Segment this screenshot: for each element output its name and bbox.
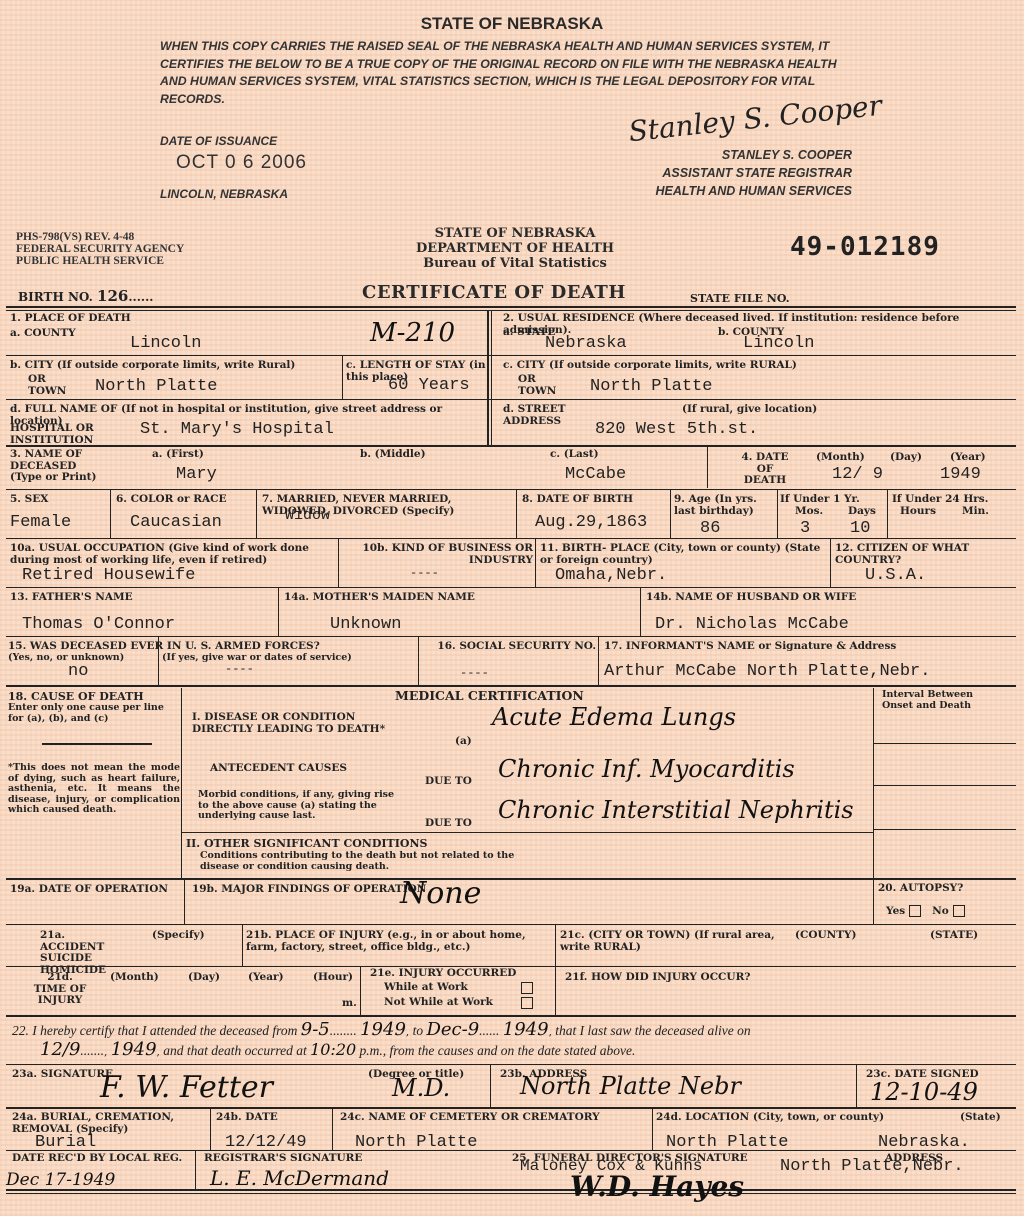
injury-hour-label: (Hour) — [313, 972, 353, 984]
burial-date-label: 24b. DATE — [216, 1112, 278, 1124]
dod-day-label: (Day) — [890, 452, 922, 464]
dod-month-label: (Month) — [816, 452, 865, 464]
divider — [873, 688, 874, 878]
mos-label: Mos. — [795, 506, 823, 518]
armed-sub1: (Yes, no, or unknown) — [8, 653, 124, 664]
death-county-value: Lincoln — [130, 334, 201, 353]
divider — [6, 1189, 1016, 1191]
father-label: 13. FATHER'S NAME — [10, 592, 133, 604]
days-value: 10 — [850, 519, 870, 538]
under24-label: If Under 24 Hrs. — [892, 494, 988, 506]
injury-year-label: (Year) — [248, 972, 284, 984]
birthplace-value: Omaha,Nebr. — [555, 566, 667, 585]
days-label: Days — [848, 506, 876, 518]
divider — [6, 445, 1016, 447]
cause-b-value: Chronic Inf. Myocarditis — [498, 755, 795, 783]
injury-day-label: (Day) — [188, 972, 220, 984]
citizen-value: U.S.A. — [865, 566, 926, 585]
divider — [535, 539, 536, 587]
divider — [777, 490, 778, 538]
registrar-title: ASSISTANT STATE REGISTRAR — [620, 164, 852, 182]
divider — [110, 490, 111, 538]
under1-label: If Under 1 Yr. — [780, 494, 860, 506]
divider — [210, 1108, 211, 1150]
divider — [490, 1065, 491, 1107]
father-value: Thomas O'Connor — [22, 615, 175, 634]
dob-value: Aug.29,1863 — [535, 513, 647, 532]
min-label: Min. — [962, 506, 989, 518]
registrar-sig-label: REGISTRAR'S SIGNATURE — [204, 1153, 362, 1165]
cert-to-year: 1949 — [503, 1019, 549, 1040]
dod-month-day: 12/ 9 — [832, 465, 883, 484]
autopsy-yes-checkbox[interactable] — [909, 905, 921, 917]
res-street-value: 820 West 5th.st. — [595, 420, 758, 439]
cause-a-prefix: (a) — [455, 736, 472, 748]
dept-bureau: Bureau of Vital Statistics — [320, 256, 710, 271]
date-signed-value: 12-10-49 — [870, 1078, 978, 1106]
divider — [598, 637, 599, 685]
location-label: 24d. LOCATION (City, town, or county) — [656, 1112, 884, 1124]
divider — [342, 356, 343, 399]
issuance-city: LINCOLN, NEBRASKA — [160, 187, 288, 201]
state-title: STATE OF NEBRASKA — [0, 14, 1024, 34]
res-city-sub: OR TOWN — [518, 374, 558, 397]
race-value: Caucasian — [130, 513, 222, 532]
last-name-value: McCabe — [565, 465, 626, 484]
birth-no-value: 126 — [97, 287, 128, 305]
registrar-sig-value: L. E. McDermand — [210, 1166, 389, 1190]
divider — [242, 925, 243, 967]
divider — [6, 306, 1016, 308]
funeral-director-signature: W.D. Hayes — [570, 1170, 744, 1203]
dob-label: 8. DATE OF BIRTH — [522, 494, 633, 506]
injury-time-label: 21d. TIME OF INJURY — [30, 972, 90, 1007]
last-name-label: c. (Last) — [550, 449, 599, 461]
funeral-address-value: North Platte,Nebr. — [780, 1157, 964, 1176]
due-to-b-label: DUE TO — [425, 776, 472, 788]
cert-text-4: p.m., from the causes and on the date st… — [360, 1043, 636, 1058]
divider — [6, 310, 1016, 311]
location-value: North Platte — [666, 1133, 788, 1152]
due-to-c-label: DUE TO — [425, 818, 472, 830]
divider — [6, 587, 1016, 588]
at-work-checkbox[interactable] — [521, 982, 533, 994]
dept-name: DEPARTMENT OF HEALTH — [320, 241, 710, 256]
autopsy-no-label: No — [932, 905, 949, 917]
dod-year: 1949 — [940, 465, 981, 484]
injury-month-label: (Month) — [110, 972, 159, 984]
first-name-value: Mary — [176, 465, 217, 484]
registrar-block: STANLEY S. COOPER ASSISTANT STATE REGIST… — [620, 146, 852, 200]
burial-date-value: 12/12/49 — [225, 1133, 307, 1152]
divider — [181, 832, 873, 833]
morbid-note: Morbid conditions, if any, giving rise t… — [198, 790, 398, 822]
divider — [830, 539, 831, 587]
antecedent-label: ANTECEDENT CAUSES — [210, 763, 347, 775]
location-state-value: Nebraska. — [878, 1133, 970, 1152]
institution-sub: HOSPITAL OR INSTITUTION — [10, 423, 140, 446]
place-of-death-heading: 1. PLACE OF DEATH — [10, 313, 131, 325]
business-value: ---- — [410, 566, 439, 580]
cert-from-date: 9-5 — [301, 1019, 330, 1040]
other-conditions-label: II. OTHER SIGNIFICANT CONDITIONS — [186, 838, 427, 850]
registrar-dept: HEALTH AND HUMAN SERVICES — [620, 182, 852, 200]
institution-value: St. Mary's Hospital — [140, 420, 334, 439]
armed-label: 15. WAS DECEASED EVER IN U. S. ARMED FOR… — [8, 641, 320, 653]
divider — [195, 1151, 196, 1189]
middle-name-label: b. (Middle) — [360, 449, 426, 461]
disease-label: I. DISEASE OR CONDITION DIRECTLY LEADING… — [192, 712, 412, 735]
certificate-title: CERTIFICATE OF DEATH — [362, 282, 626, 303]
divider — [652, 1108, 653, 1150]
cert-text-3: and that death occurred at — [163, 1043, 306, 1058]
autopsy-options: Yes No — [886, 905, 965, 918]
age-value: 86 — [700, 519, 720, 538]
cert-death-time: 10:20 — [310, 1040, 356, 1059]
divider — [338, 539, 339, 587]
cert-text-1: 22. I hereby certify that I attended the… — [12, 1023, 297, 1038]
divider — [6, 1015, 1016, 1017]
recd-label: DATE REC'D BY LOCAL REG. — [12, 1153, 187, 1165]
death-city-label: b. CITY (If outside corporate limits, wr… — [10, 360, 340, 372]
birth-number: BIRTH NO. 126...... — [18, 287, 153, 305]
divider — [278, 588, 279, 636]
divider — [555, 925, 556, 1015]
injury-county-label: (COUNTY) — [795, 930, 857, 942]
recd-value: Dec 17-1949 — [6, 1170, 115, 1190]
not-at-work-checkbox[interactable] — [521, 997, 533, 1009]
other-conditions-note: Conditions contributing to the death but… — [200, 851, 530, 872]
divider — [6, 878, 1016, 880]
business-label: 10b. KIND OF BUSINESS OR INDUSTRY — [343, 543, 533, 566]
location-state-label: (State) — [960, 1112, 1001, 1124]
birth-no-label: BIRTH NO. — [18, 290, 93, 304]
divider — [6, 489, 1016, 490]
sex-value: Female — [10, 513, 71, 532]
medical-heading: MEDICAL CERTIFICATION — [395, 690, 584, 702]
registrar-name: STANLEY S. COOPER — [620, 146, 852, 164]
state-file-label: STATE FILE NO. — [690, 292, 790, 305]
stay-value: 60 Years — [388, 376, 470, 395]
physician-signature: F. W. Fetter — [100, 1070, 273, 1105]
divider — [184, 879, 185, 924]
department-block: STATE OF NEBRASKA DEPARTMENT OF HEALTH B… — [320, 226, 710, 271]
cert-from-year: 1949 — [360, 1019, 406, 1040]
armed-value: no — [68, 662, 88, 681]
at-work-label: While at Work — [384, 981, 468, 993]
cause-label: 18. CAUSE OF DEATH — [8, 691, 144, 703]
divider — [332, 1108, 333, 1150]
cause-rule — [42, 743, 152, 745]
findings-value: None — [400, 876, 481, 911]
divider — [6, 399, 1016, 400]
spouse-value: Dr. Nicholas McCabe — [655, 615, 849, 634]
burial-method-value: Burial — [35, 1133, 96, 1152]
divider — [360, 967, 361, 1015]
res-state-value: Nebraska — [545, 334, 627, 353]
armed-dates-value: ---- — [225, 662, 254, 676]
cert-last-seen-year: 1949 — [111, 1039, 157, 1060]
divider — [6, 1193, 1016, 1194]
divider — [856, 1065, 857, 1107]
res-county-value: Lincoln — [743, 334, 814, 353]
injury-m-label: m. — [342, 998, 357, 1010]
autopsy-yes-label: Yes — [886, 905, 905, 917]
divider — [670, 490, 671, 538]
issuance-label: DATE OF ISSUANCE — [160, 134, 277, 148]
dept-state: STATE OF NEBRASKA — [320, 226, 710, 241]
mother-label: 14a. MOTHER'S MAIDEN NAME — [284, 592, 475, 604]
divider — [873, 743, 1016, 744]
cert-to-date: Dec-9 — [426, 1019, 479, 1040]
burial-method-label: 24a. BURIAL, CREMATION, REMOVAL (Specify… — [12, 1112, 207, 1135]
divider — [887, 490, 888, 538]
op-date-label: 19a. DATE OF OPERATION — [10, 884, 180, 896]
race-label: 6. COLOR or RACE — [116, 494, 226, 506]
death-annotation: M-210 — [370, 318, 455, 348]
citizen-label: 12. CITIZEN OF WHAT COUNTRY? — [835, 543, 1010, 566]
signature-label: 23a. SIGNATURE — [12, 1069, 113, 1081]
accident-specify-label: (Specify) — [152, 930, 205, 942]
form-number: PHS-798(VS) REV. 4-48 — [16, 231, 184, 243]
birthplace-label: 11. BIRTH- PLACE (City, town or county) … — [540, 543, 830, 566]
divider — [707, 446, 708, 488]
divider — [6, 1107, 1016, 1109]
physician-statement-line1: 22. I hereby certify that I attended the… — [12, 1024, 1012, 1039]
spouse-label: 14b. NAME OF HUSBAND OR WIFE — [646, 592, 856, 604]
ssn-label: 16. SOCIAL SECURITY NO. — [424, 641, 596, 653]
res-street-label: d. STREET ADDRESS — [503, 404, 583, 427]
cemetery-label: 24c. NAME OF CEMETERY OR CREMATORY — [340, 1112, 600, 1124]
occupation-label: 10a. USUAL OCCUPATION (Give kind of work… — [10, 543, 335, 566]
mos-value: 3 — [800, 519, 810, 538]
mother-value: Unknown — [330, 615, 401, 634]
divider — [873, 829, 1016, 830]
issuance-date: OCT 0 6 2006 — [176, 152, 307, 174]
divider — [873, 785, 1016, 786]
cert-to-word: to — [413, 1023, 424, 1038]
cause-a-value: Acute Edema Lungs — [492, 703, 736, 731]
cause-note: Enter only one cause per line for (a), (… — [8, 703, 180, 724]
hours-label: Hours — [900, 506, 936, 518]
divider — [516, 490, 517, 538]
first-name-label: a. (First) — [152, 449, 204, 461]
not-at-work-option: Not While at Work — [384, 997, 493, 1009]
dod-year-label: (Year) — [950, 452, 986, 464]
divider — [873, 879, 874, 924]
res-street-note: (If rural, give location) — [682, 404, 817, 416]
injury-state-label: (STATE) — [930, 930, 978, 942]
res-city-value: North Platte — [590, 377, 712, 396]
cert-last-seen: 12/9 — [40, 1039, 80, 1060]
divider — [6, 924, 1016, 925]
sex-label: 5. SEX — [10, 494, 48, 506]
not-at-work-label: Not While at Work — [384, 996, 493, 1008]
cemetery-value: North Platte — [355, 1133, 477, 1152]
divider — [487, 310, 489, 446]
informant-label: 17. INFORMANT'S NAME or Signature & Addr… — [604, 641, 896, 653]
death-city-sub: OR TOWN — [28, 374, 68, 397]
autopsy-no-checkbox[interactable] — [953, 905, 965, 917]
divider — [256, 490, 257, 538]
deceased-name-label: 3. NAME OF DECEASED (Type or Print) — [10, 449, 110, 484]
divider — [6, 355, 1016, 356]
informant-value: Arthur McCabe North Platte,Nebr. — [604, 662, 930, 681]
physician-statement-line2: 12/9......., 1949, and that death occurr… — [40, 1044, 1020, 1059]
injury-place-label: 21b. PLACE OF INJURY (e.g., in or about … — [246, 930, 551, 953]
findings-label: 19b. MAJOR FINDINGS OF OPERATION — [192, 884, 426, 896]
degree-value: M.D. — [392, 1074, 450, 1102]
form-service: PUBLIC HEALTH SERVICE — [16, 255, 184, 267]
armed-sub2: (If yes, give war or dates of service) — [162, 653, 352, 664]
divider — [6, 1064, 1016, 1065]
divider — [418, 637, 419, 685]
age-label: 9. Age (In yrs. last birthday) — [674, 494, 776, 517]
state-file-number: 49-012189 — [790, 232, 940, 262]
accident-label: 21a. ACCIDENT SUICIDE HOMICIDE — [40, 930, 120, 976]
divider — [6, 685, 1016, 687]
form-id: PHS-798(VS) REV. 4-48 FEDERAL SECURITY A… — [16, 231, 184, 267]
death-city-value: North Platte — [95, 377, 217, 396]
certification-statement: WHEN THIS COPY CARRIES THE RAISED SEAL O… — [160, 38, 860, 108]
marital-value: Widow — [285, 507, 330, 524]
divider — [640, 588, 641, 636]
form-agency: FEDERAL SECURITY AGENCY — [16, 243, 184, 255]
at-work-option: While at Work — [384, 982, 468, 994]
cert-text-2: that I last saw the deceased alive on — [555, 1023, 750, 1038]
res-city-label: c. CITY (If outside corporate limits, wr… — [503, 360, 797, 372]
injury-how-label: 21f. HOW DID INJURY OCCUR? — [565, 972, 750, 984]
autopsy-label: 20. AUTOPSY? — [878, 883, 963, 895]
ssn-value: ---- — [460, 666, 489, 680]
address-value: North Platte Nebr — [520, 1072, 741, 1100]
divider — [6, 1150, 1016, 1151]
cause-footnote: *This does not mean the mode of dying, s… — [8, 763, 180, 816]
cause-c-value: Chronic Interstitial Nephritis — [498, 796, 854, 824]
injury-occurred-label: 21e. INJURY OCCURRED — [370, 968, 516, 980]
divider — [6, 538, 1016, 539]
occupation-value: Retired Housewife — [22, 566, 195, 585]
death-county-label: a. COUNTY — [10, 328, 76, 340]
divider — [491, 310, 492, 446]
interval-label: Interval Between Onset and Death — [882, 690, 1007, 711]
dod-label: 4. DATE OF DEATH — [735, 452, 795, 487]
divider — [181, 688, 182, 878]
injury-city-label: 21c. (CITY OR TOWN) (If rural area, writ… — [560, 930, 775, 953]
